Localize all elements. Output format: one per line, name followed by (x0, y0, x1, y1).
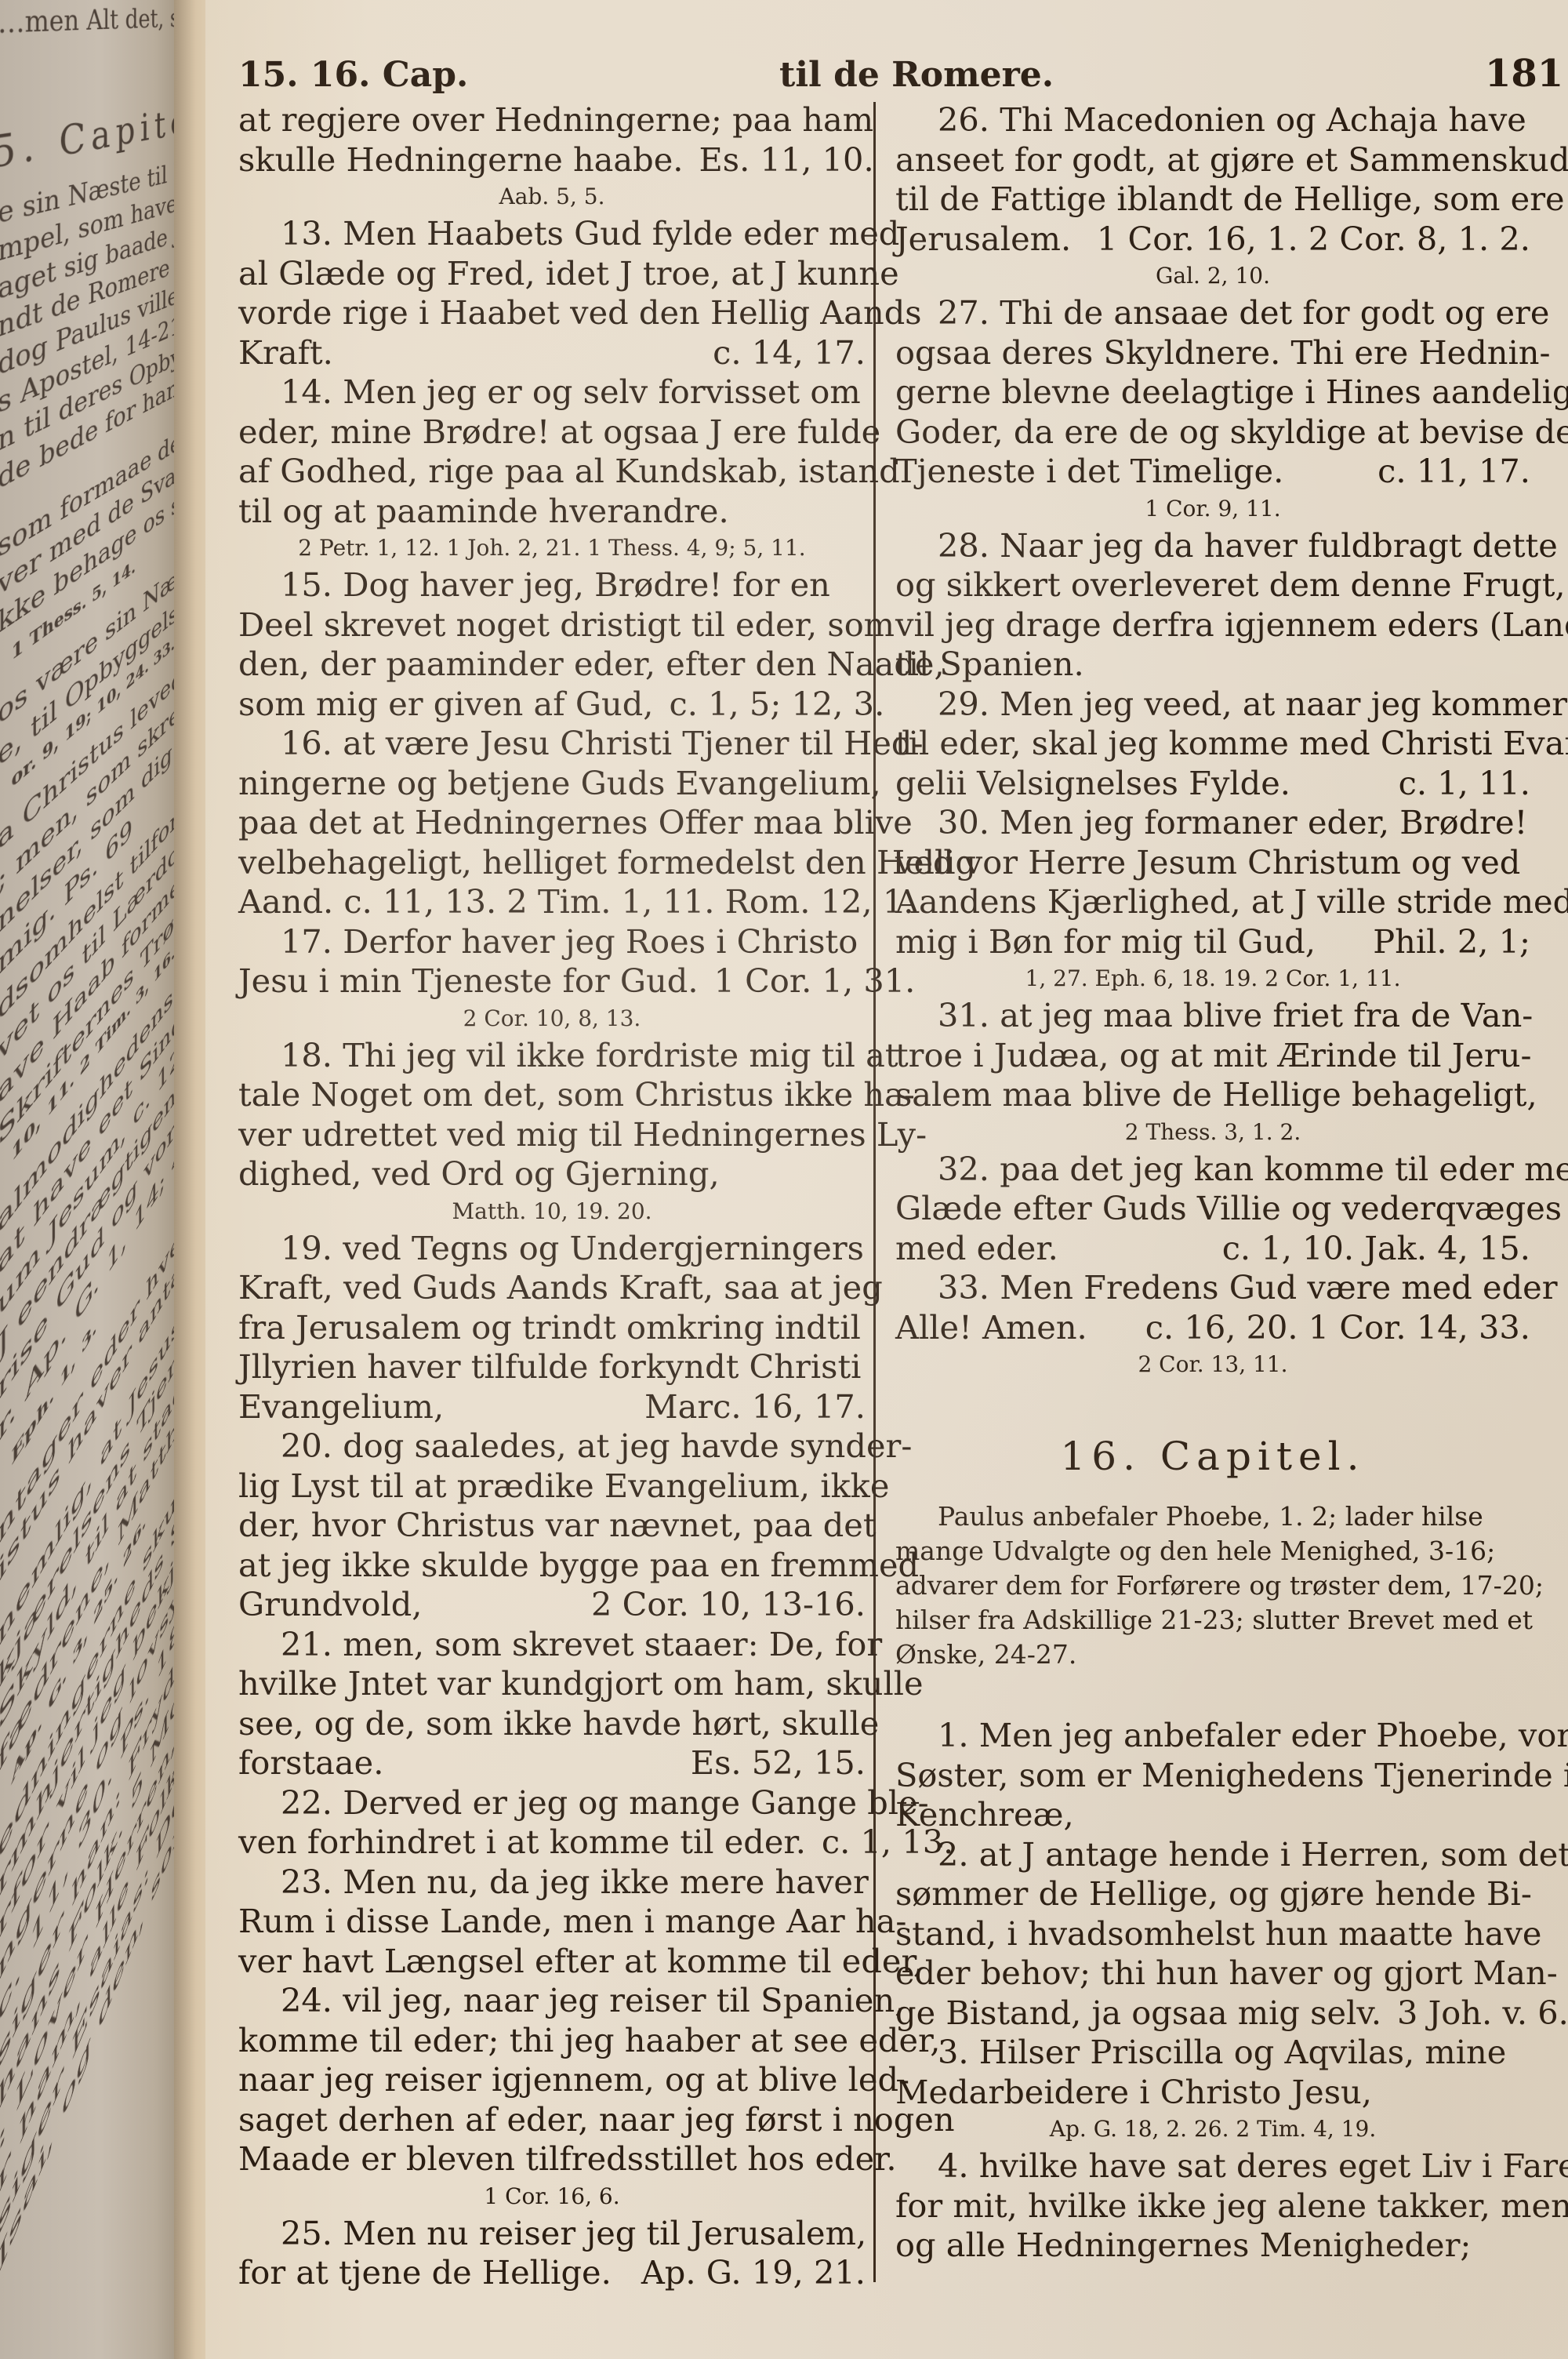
inline-reference: Phil. 2, 1; (1373, 922, 1530, 962)
verse-line: Søster, som er Menighedens Tjenerinde i (895, 1756, 1530, 1796)
verse-text: hvilke Jntet var kundgjort om ham, skull… (238, 1664, 924, 1704)
chapter-summary: Paulus anbefaler Phoebe, 1. 2; lader hil… (895, 1499, 1530, 1672)
verse-text: 31. at jeg maa blive friet fra de Van- (938, 996, 1533, 1036)
verse-start-line: 14. Men jeg er og selv forvisset om (238, 373, 866, 413)
cross-reference: 2 Thess. 3, 1. 2. (895, 1115, 1530, 1150)
verse-text: troe i Judæa, og at mit Ærinde til Jeru- (895, 1036, 1532, 1076)
verse-line: hvilke Jntet var kundgjort om ham, skull… (238, 1664, 866, 1704)
verse-start-line: 21. men, som skrevet staaer: De, for (238, 1625, 866, 1665)
verse-start-line: 29. Men jeg veed, at naar jeg kommer (895, 685, 1530, 725)
verse-text: ven forhindret i at komme til eder. (238, 1823, 806, 1863)
verse-start-line: 22. Derved er jeg og mange Gange ble- (238, 1783, 866, 1823)
spacer (895, 1672, 1530, 1716)
verse-text: Aand. c. 11, 13. 2 Tim. 1, 11. Rom. 12, … (238, 882, 913, 922)
verse-text: 18. Thi jeg vil ikke fordriste mig til a… (281, 1036, 898, 1076)
verse-text: ver udrettet ved mig til Hedningernes Ly… (238, 1115, 927, 1155)
verse-text: sømmer de Hellige, og gjøre hende Bi- (895, 1874, 1532, 1914)
verse-line: til eder, skal jeg komme med Christi Eva… (895, 724, 1530, 764)
right-column: 26. Thi Macedonien og Achaja haveanseet … (895, 100, 1530, 2266)
inline-reference: c. 1, 11. (1399, 764, 1530, 804)
verse-line: Deel skrevet noget dristigt til eder, so… (238, 605, 866, 645)
verse-text: og alle Hedningernes Menigheder; (895, 2226, 1471, 2266)
verse-text: til Spanien. (895, 645, 1084, 685)
verse-text: at regjere over Hedningerne; paa ham (238, 100, 873, 140)
summary-text: hilser fra Adskillige 21-23; slutter Bre… (895, 1603, 1533, 1637)
verse-start-line: 25. Men nu reiser jeg til Jerusalem, (238, 2214, 866, 2254)
verse-text: Aandens Kjærlighed, at J ville stride me… (895, 882, 1568, 922)
summary-text: Paulus anbefaler Phoebe, 1. 2; lader hil… (938, 1499, 1483, 1534)
verse-line: lig Lyst til at prædike Evangelium, ikke (238, 1467, 866, 1507)
verse-line: skulle Hedningerne haabe.Es. 11, 10. (238, 140, 866, 180)
verse-line: med eder.c. 1, 10. Jak. 4, 15. (895, 1229, 1530, 1269)
verse-text: 16. at være Jesu Christi Tjener til Hed- (281, 724, 923, 764)
verse-line: eder behov; thi hun haver og gjort Man- (895, 1954, 1530, 1994)
verse-text: med eder. (895, 1229, 1058, 1269)
verse-start-line: 28. Naar jeg da haver fuldbragt dette (895, 526, 1530, 566)
chapter-heading: 16. Capitel. (895, 1413, 1530, 1499)
summary-line: hilser fra Adskillige 21-23; slutter Bre… (895, 1603, 1530, 1637)
inline-reference: 1 Cor. 1, 31. (714, 961, 916, 1001)
verse-text: Deel skrevet noget dristigt til eder, so… (238, 605, 895, 645)
verse-line: ver havt Længsel efter at komme til eder… (238, 1942, 866, 1982)
verse-line: ge Bistand, ja ogsaa mig selv.3 Joh. v. … (895, 1994, 1530, 2034)
verse-text: Jllyrien haver tilfulde forkyndt Christi (238, 1347, 861, 1387)
verse-text: 4. hvilke have sat deres eget Liv i Fare (938, 2146, 1568, 2186)
cross-reference: 1 Cor. 9, 11. (895, 492, 1530, 526)
verse-text: Kraft. (238, 333, 333, 373)
verse-text: eder behov; thi hun haver og gjort Man- (895, 1954, 1558, 1994)
verse-start-line: 33. Men Fredens Gud være med eder (895, 1268, 1530, 1308)
verse-line: dighed, ved Ord og Gjerning, (238, 1154, 866, 1194)
previous-page-fragment: …men Alt det, som ikke5. Capitel.e sin N… (0, 0, 182, 2359)
book-title: til de Romere. (779, 55, 1054, 95)
verse-text: 30. Men jeg formaner eder, Brødre! (938, 803, 1527, 843)
inline-reference: Es. 52, 15. (691, 1743, 866, 1783)
verse-line: Jerusalem.1 Cor. 16, 1. 2 Cor. 8, 1. 2. (895, 220, 1530, 260)
verse-line: til og at paaminde hverandre. (238, 492, 866, 532)
cross-reference: Gal. 2, 10. (895, 259, 1530, 293)
verse-text: at jeg ikke skulde bygge paa en fremmed (238, 1546, 919, 1586)
verse-text: Medarbeidere i Christo Jesu, (895, 2073, 1372, 2113)
verse-text: Søster, som er Menighedens Tjenerinde i (895, 1756, 1568, 1796)
cross-reference: 2 Cor. 10, 8, 13. (238, 1001, 866, 1036)
verse-line: tale Noget om det, som Christus ikke ha- (238, 1075, 866, 1115)
verse-text: stand, i hvadsomhelst hun maatte have (895, 1914, 1542, 1954)
verse-text: 19. ved Tegns og Undergjerningers (281, 1229, 864, 1269)
verse-line: vorde rige i Haabet ved den Hellig Aands (238, 293, 866, 333)
verse-line: fra Jerusalem og trindt omkring indtil (238, 1308, 866, 1348)
verse-text: anseet for godt, at gjøre et Sammenskud (895, 140, 1568, 180)
verse-text: til eder, skal jeg komme med Christi Eva… (895, 724, 1568, 764)
verse-line: for mit, hvilke ikke jeg alene takker, m… (895, 2186, 1530, 2226)
verse-start-line: 4. hvilke have sat deres eget Liv i Fare (895, 2146, 1530, 2186)
verse-text: 15. Dog haver jeg, Brødre! for en (281, 565, 830, 605)
verse-line: stand, i hvadsomhelst hun maatte have (895, 1914, 1530, 1954)
running-header: 15. 16. Cap. til de Romere. 181 (238, 49, 1568, 104)
verse-text: 21. men, som skrevet staaer: De, for (281, 1625, 882, 1665)
verse-text: for mit, hvilke ikke jeg alene takker, m… (895, 2186, 1568, 2226)
verse-text: gerne blevne deelagtige i Hines aandelig… (895, 373, 1568, 413)
verse-line: Medarbeidere i Christo Jesu, (895, 2073, 1530, 2113)
chapter-range: 15. 16. Cap. (238, 55, 468, 95)
verse-text: Kenchreæ, (895, 1795, 1074, 1835)
verse-text: for at tjene de Hellige. (238, 2253, 612, 2293)
verse-text: Glæde efter Guds Villie og vederqvæges (895, 1189, 1562, 1229)
verse-line: Rum i disse Lande, men i mange Aar ha- (238, 1902, 866, 1942)
verse-line: der, hvor Christus var nævnet, paa det (238, 1506, 866, 1546)
inline-reference: 1 Cor. 16, 1. 2 Cor. 8, 1. 2. (1097, 220, 1530, 260)
verse-line: til de Fattige iblandt de Hellige, som e… (895, 180, 1530, 220)
verse-line: ved vor Herre Jesum Christum og ved (895, 843, 1530, 883)
verse-start-line: 23. Men nu, da jeg ikke mere haver (238, 1863, 866, 1903)
verse-line: naar jeg reiser igjennem, og at blive le… (238, 2060, 866, 2100)
verse-text: saget derhen af eder, naar jeg først i n… (238, 2100, 955, 2140)
verse-text: see, og de, som ikke havde hørt, skulle (238, 1704, 879, 1744)
cross-reference: 1 Cor. 16, 6. (238, 2179, 866, 2214)
verse-text: skulle Hedningerne haabe. (238, 140, 683, 180)
verse-line: Jesu i min Tjeneste for Gud.1 Cor. 1, 31… (238, 961, 866, 1001)
verse-text: ogsaa deres Skyldnere. Thi ere Hednin- (895, 333, 1551, 373)
inline-reference: c. 1, 10. Jak. 4, 15. (1222, 1229, 1530, 1269)
verse-line: Glæde efter Guds Villie og vederqvæges (895, 1189, 1530, 1229)
chapter-16-verses: 1. Men jeg anbefaler eder Phoebe, vorSøs… (895, 1716, 1530, 2266)
inline-reference: c. 16, 20. 1 Cor. 14, 33. (1145, 1308, 1530, 1348)
verse-text: eder, mine Brødre! at ogsaa J ere fulde (238, 413, 880, 453)
verse-text: 17. Derfor haver jeg Roes i Christo (281, 922, 858, 962)
verse-text: der, hvor Christus var nævnet, paa det (238, 1506, 877, 1546)
verse-line: som mig er given af Gud,c. 1, 5; 12, 3. (238, 685, 866, 725)
verse-text: al Glæde og Fred, idet J troe, at J kunn… (238, 254, 899, 294)
verse-text: 22. Derved er jeg og mange Gange ble- (281, 1783, 929, 1823)
verse-line: komme til eder; thi jeg haaber at see ed… (238, 2021, 866, 2061)
verse-text: ver havt Længsel efter at komme til eder… (238, 1942, 924, 1982)
verse-text: 3. Hilser Priscilla og Aqvilas, mine (938, 2033, 1506, 2073)
verse-text: dighed, ved Ord og Gjerning, (238, 1154, 720, 1194)
verse-text: til de Fattige iblandt de Hellige, som e… (895, 180, 1568, 220)
verse-text: Rum i disse Lande, men i mange Aar ha- (238, 1902, 906, 1942)
verse-text: Jerusalem. (895, 220, 1071, 260)
cross-reference: Aab. 5, 5. (238, 180, 866, 214)
verse-text: salem maa blive de Hellige behageligt, (895, 1075, 1537, 1115)
verse-text: paa det at Hedningernes Offer maa blive (238, 803, 913, 843)
verse-text: af Godhed, rige paa al Kundskab, istand (238, 452, 900, 492)
verse-text: ge Bistand, ja ogsaa mig selv. (895, 1994, 1381, 2034)
verse-text: naar jeg reiser igjennem, og at blive le… (238, 2060, 909, 2100)
verse-line: at jeg ikke skulde bygge paa en fremmed (238, 1546, 866, 1586)
verse-text: Tjeneste i det Timelige. (895, 452, 1283, 492)
verse-text: mig i Bøn for mig til Gud, (895, 922, 1316, 962)
verse-text: 13. Men Haabets Gud fylde eder med (281, 214, 899, 254)
verse-text: 27. Thi de ansaae det for godt og ere (938, 293, 1549, 333)
verse-start-line: 30. Men jeg formaner eder, Brødre! (895, 803, 1530, 843)
verse-text: den, der paaminder eder, efter den Naade… (238, 645, 945, 685)
verse-start-line: 3. Hilser Priscilla og Aqvilas, mine (895, 2033, 1530, 2073)
verse-line: ogsaa deres Skyldnere. Thi ere Hednin- (895, 333, 1530, 373)
verse-text: komme til eder; thi jeg haaber at see ed… (238, 2021, 941, 2061)
verse-text: forstaae. (238, 1743, 383, 1783)
verse-line: Evangelium,Marc. 16, 17. (238, 1387, 866, 1427)
inline-reference: Marc. 16, 17. (644, 1387, 866, 1427)
verse-text: fra Jerusalem og trindt omkring indtil (238, 1308, 861, 1348)
verse-text: Maade er bleven tilfredsstillet hos eder… (238, 2139, 897, 2179)
summary-line: advarer dem for Forførere og trøster dem… (895, 1568, 1530, 1603)
verse-line: for at tjene de Hellige.Ap. G. 19, 21. (238, 2253, 866, 2293)
verse-text: 26. Thi Macedonien og Achaja have (938, 100, 1526, 140)
verse-line: al Glæde og Fred, idet J troe, at J kunn… (238, 254, 866, 294)
verse-text: 25. Men nu reiser jeg til Jerusalem, (281, 2214, 866, 2254)
summary-text: mange Udvalgte og den hele Menighed, 3-1… (895, 1534, 1495, 1568)
verse-start-line: 2. at J antage hende i Herren, som det (895, 1835, 1530, 1875)
verse-text: 20. dog saaledes, at jeg havde synder- (281, 1427, 912, 1467)
verse-text: 32. paa det jeg kan komme til eder med (938, 1150, 1568, 1190)
verse-start-line: 32. paa det jeg kan komme til eder med (895, 1150, 1530, 1190)
verse-line: saget derhen af eder, naar jeg først i n… (238, 2100, 866, 2140)
verse-line: velbehageligt, helliget formedelst den H… (238, 843, 866, 883)
verse-text: Grundvold, (238, 1585, 422, 1625)
verse-line: forstaae.Es. 52, 15. (238, 1743, 866, 1783)
verse-start-line: 31. at jeg maa blive friet fra de Van- (895, 996, 1530, 1036)
verse-line: see, og de, som ikke havde hørt, skulle (238, 1704, 866, 1744)
verse-line: eder, mine Brødre! at ogsaa J ere fulde (238, 413, 866, 453)
verse-line: sømmer de Hellige, og gjøre hende Bi- (895, 1874, 1530, 1914)
verse-text: lig Lyst til at prædike Evangelium, ikke (238, 1467, 889, 1507)
verse-line: salem maa blive de Hellige behageligt, (895, 1075, 1530, 1115)
verse-text: velbehageligt, helliget formedelst den H… (238, 843, 976, 883)
verse-text: 14. Men jeg er og selv forvisset om (281, 373, 861, 413)
inline-reference: Ap. G. 19, 21. (641, 2253, 866, 2293)
verse-line: ven forhindret i at komme til eder.c. 1,… (238, 1823, 866, 1863)
verse-line: Alle! Amen.c. 16, 20. 1 Cor. 14, 33. (895, 1308, 1530, 1348)
verse-line: Kenchreæ, (895, 1795, 1530, 1835)
previous-page-line: …men Alt det, som ikke (0, 5, 182, 38)
verse-line: gelii Velsignelses Fylde.c. 1, 11. (895, 764, 1530, 804)
verse-text: Jesu i min Tjeneste for Gud. (238, 961, 699, 1001)
inline-reference: c. 1, 5; 12, 3. (670, 685, 885, 725)
verse-line: vil jeg drage derfra igjennem eders (Lan… (895, 605, 1530, 645)
verse-text: Evangelium, (238, 1387, 444, 1427)
verse-line: Maade er bleven tilfredsstillet hos eder… (238, 2139, 866, 2179)
cross-reference: 2 Cor. 13, 11. (895, 1347, 1530, 1382)
verse-line: at regjere over Hedningerne; paa ham (238, 100, 866, 140)
verse-text: 2. at J antage hende i Herren, som det (938, 1835, 1568, 1875)
verse-text: 28. Naar jeg da haver fuldbragt dette (938, 526, 1558, 566)
verse-start-line: 13. Men Haabets Gud fylde eder med (238, 214, 866, 254)
verse-start-line: 27. Thi de ansaae det for godt og ere (895, 293, 1530, 333)
verse-text: Alle! Amen. (895, 1308, 1087, 1348)
summary-line: Paulus anbefaler Phoebe, 1. 2; lader hil… (895, 1499, 1530, 1534)
verse-line: Goder, da ere de og skyldige at bevise d… (895, 413, 1530, 453)
cross-reference: 1, 27. Eph. 6, 18. 19. 2 Cor. 1, 11. (895, 961, 1530, 996)
verse-text: vil jeg drage derfra igjennem eders (Lan… (895, 605, 1568, 645)
verse-start-line: 1. Men jeg anbefaler eder Phoebe, vor (895, 1716, 1530, 1756)
verse-line: Kraft.c. 14, 17. (238, 333, 866, 373)
verse-line: Grundvold,2 Cor. 10, 13-16. (238, 1585, 866, 1625)
verse-line: Kraft, ved Guds Aands Kraft, saa at jeg (238, 1268, 866, 1308)
verse-start-line: 15. Dog haver jeg, Brødre! for en (238, 565, 866, 605)
verse-line: troe i Judæa, og at mit Ærinde til Jeru- (895, 1036, 1530, 1076)
verse-line: paa det at Hedningernes Offer maa blive (238, 803, 866, 843)
verse-start-line: 20. dog saaledes, at jeg havde synder- (238, 1427, 866, 1467)
cross-reference: Matth. 10, 19. 20. (238, 1194, 866, 1229)
verse-start-line: 17. Derfor haver jeg Roes i Christo (238, 922, 866, 962)
verse-text: 23. Men nu, da jeg ikke mere haver (281, 1863, 869, 1903)
inline-reference: 3 Joh. v. 6. (1397, 1994, 1568, 2034)
verse-start-line: 19. ved Tegns og Undergjerningers (238, 1229, 866, 1269)
summary-line: mange Udvalgte og den hele Menighed, 3-1… (895, 1534, 1530, 1568)
inline-reference: c. 11, 17. (1377, 452, 1530, 492)
verse-text: tale Noget om det, som Christus ikke ha- (238, 1075, 915, 1115)
verse-text: 33. Men Fredens Gud være med eder (938, 1268, 1558, 1308)
verse-line: anseet for godt, at gjøre et Sammenskud (895, 140, 1530, 180)
left-column: at regjere over Hedningerne; paa hamskul… (238, 100, 866, 2293)
verse-text: Goder, da ere de og skyldige at bevise d… (895, 413, 1568, 453)
summary-text: advarer dem for Forførere og trøster dem… (895, 1568, 1544, 1603)
cross-reference: 2 Petr. 1, 12. 1 Joh. 2, 21. 1 Thess. 4,… (238, 531, 866, 565)
verse-line: ver udrettet ved mig til Hedningernes Ly… (238, 1115, 866, 1155)
verse-line: den, der paaminder eder, efter den Naade… (238, 645, 866, 685)
inline-reference: Es. 11, 10. (699, 140, 873, 180)
verse-line: Aand. c. 11, 13. 2 Tim. 1, 11. Rom. 12, … (238, 882, 866, 922)
verse-text: og sikkert overleveret dem denne Frugt, (895, 565, 1566, 605)
verse-text: ved vor Herre Jesum Christum og ved (895, 843, 1520, 883)
inline-reference: 2 Cor. 10, 13-16. (591, 1585, 866, 1625)
book-page: 15. 16. Cap. til de Romere. 181 at regje… (205, 0, 1568, 2359)
verse-line: og alle Hedningernes Menigheder; (895, 2226, 1530, 2266)
verse-start-line: 18. Thi jeg vil ikke fordriste mig til a… (238, 1036, 866, 1076)
verse-start-line: 24. vil jeg, naar jeg reiser til Spanien… (238, 1981, 866, 2021)
verse-line: ningerne og betjene Guds Evangelium, (238, 764, 866, 804)
page-number: 181 (1485, 52, 1563, 96)
verse-line: Aandens Kjærlighed, at J ville stride me… (895, 882, 1530, 922)
verse-text: 1. Men jeg anbefaler eder Phoebe, vor (938, 1716, 1568, 1756)
verse-text: 24. vil jeg, naar jeg reiser til Spanien… (281, 1981, 905, 2021)
verse-line: til Spanien. (895, 645, 1530, 685)
inline-reference: c. 14, 17. (713, 333, 866, 373)
verse-start-line: 26. Thi Macedonien og Achaja have (895, 100, 1530, 140)
verse-line: og sikkert overleveret dem denne Frugt, (895, 565, 1530, 605)
summary-text: Ønske, 24-27. (895, 1637, 1076, 1672)
verse-text: som mig er given af Gud, (238, 685, 654, 725)
verse-text: ningerne og betjene Guds Evangelium, (238, 764, 881, 804)
verse-line: gerne blevne deelagtige i Hines aandelig… (895, 373, 1530, 413)
chapter-15-end: 26. Thi Macedonien og Achaja haveanseet … (895, 100, 1530, 1382)
verse-text: til og at paaminde hverandre. (238, 492, 729, 532)
verse-text: gelii Velsignelses Fylde. (895, 764, 1290, 804)
verse-line: Jllyrien haver tilfulde forkyndt Christi (238, 1347, 866, 1387)
verse-text: 29. Men jeg veed, at naar jeg kommer (938, 685, 1567, 725)
verse-line: mig i Bøn for mig til Gud,Phil. 2, 1; (895, 922, 1530, 962)
verse-line: Tjeneste i det Timelige.c. 11, 17. (895, 452, 1530, 492)
verse-text: vorde rige i Haabet ved den Hellig Aands (238, 293, 922, 333)
cross-reference: Ap. G. 18, 2. 26. 2 Tim. 4, 19. (895, 2112, 1530, 2146)
summary-line: Ønske, 24-27. (895, 1637, 1530, 1672)
verse-text: Kraft, ved Guds Aands Kraft, saa at jeg (238, 1268, 883, 1308)
verse-start-line: 16. at være Jesu Christi Tjener til Hed- (238, 724, 866, 764)
verse-line: af Godhed, rige paa al Kundskab, istand (238, 452, 866, 492)
